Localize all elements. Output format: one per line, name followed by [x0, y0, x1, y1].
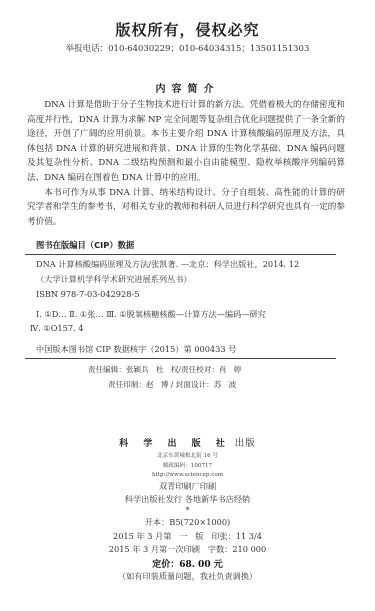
credits-line-2: 责任印制：赵 博 / 封面设计：苏 波	[108, 379, 236, 390]
cip-line-3: ISBN 978-7-03-042928-5	[36, 289, 139, 299]
publisher-address: 北京东黄城根北街 16 号	[0, 451, 375, 459]
cip-heading: 图书在版编目（CIP）数据	[36, 239, 134, 251]
summary-paragraph-1: DNA 计算是借助于分子生物技术进行计算的新方法。凭借着极大的存储密度和高度并行…	[27, 98, 345, 186]
cip-record-no: 中国版本图书馆 CIP 数据核字（2015）第 000433 号	[36, 344, 236, 355]
printer: 双青印刷厂印刷	[0, 481, 375, 492]
copyright-title: 版权所有，侵权必究	[0, 19, 375, 40]
separator-star: *	[0, 505, 375, 515]
publisher-suffix: 出版	[235, 438, 256, 449]
publisher-postcode: 邮政编码：100717	[0, 461, 375, 469]
printing-info: 2015 年 3 月第一次印刷 字数：210 000	[0, 544, 375, 555]
cip-line-5: Ⅳ. ①O157. 4	[30, 323, 83, 333]
price: 定价：68. 00 元	[0, 557, 375, 570]
distribution: 科学出版社发行 各地新华书店经销	[0, 494, 375, 505]
publisher-url: http://www.sciencep.com	[0, 472, 375, 478]
credits-line-1: 责任编辑：张颖兵 杜 权/责任校对：肖 婷	[88, 364, 241, 375]
quality-note: （如有印装质量问题，我社负责调换）	[0, 571, 375, 582]
summary-title: 内容简介	[0, 80, 375, 95]
edition-info: 2015 年 3 月第 一 版 印张：11 3/4	[0, 531, 375, 542]
publisher-logo-name: 科 学 出 版 社	[119, 439, 231, 449]
cip-line-2: （大学计算机学科学术研究进展系列丛书）	[36, 274, 192, 285]
summary-body: DNA 计算是借助于分子生物技术进行计算的新方法。凭借着极大的存储密度和高度并行…	[27, 98, 345, 229]
cip-line-4: Ⅰ. ①D… Ⅱ. ①张… Ⅲ. ①脱氧核糖核酸—计算方法—编码—研究	[36, 309, 266, 320]
cip-top-divider	[25, 254, 336, 255]
summary-paragraph-2: 本书可作为从事 DNA 计算、纳米结构设计、分子自组装、高性能的计算的研究学者和…	[27, 186, 345, 230]
cip-bottom-divider	[25, 358, 336, 359]
report-phone: 举报电话：010-64030229；010-64034315；135011513…	[0, 42, 375, 54]
cip-line-1: DNA 计算核酸编码原理及方法/张凯著. —北京：科学出版社，2014. 12	[36, 259, 299, 270]
publisher-line: 科 学 出 版 社 出版	[0, 435, 375, 449]
book-format: 开本：B5(720×1000)	[0, 517, 375, 528]
